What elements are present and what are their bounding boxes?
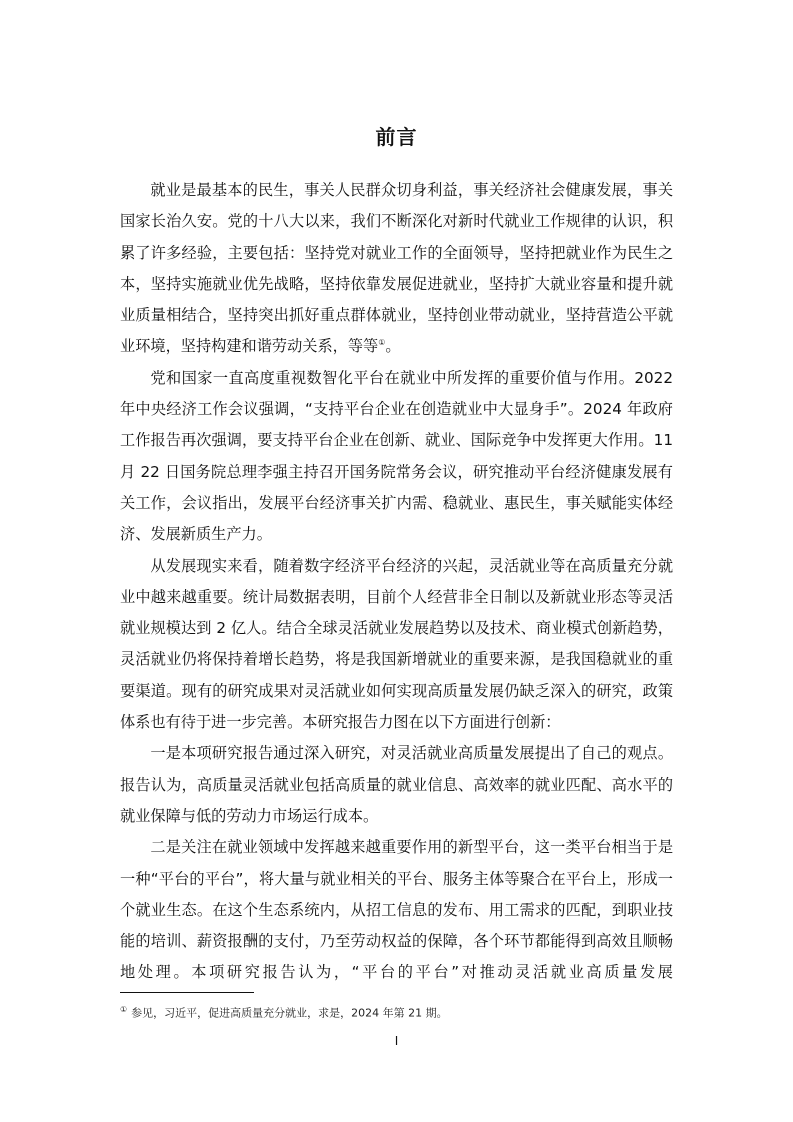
paragraph-tail: 。 (385, 337, 400, 355)
page-title: 前言 (0, 122, 793, 152)
page-number: I (0, 1033, 793, 1049)
paragraph-1: 就业是最基本的民生，事关人民群众切身利益，事关经济社会健康发展，事关国家长治久安… (120, 175, 673, 363)
footnote: ①参见，习近平，促进高质量充分就业，求是，2024 年第 21 期。 (120, 1002, 673, 1022)
paragraph-2: 党和国家一直高度重视数智化平台在就业中所发挥的重要价值与作用。2022年中央经济… (120, 363, 673, 551)
footnote-mark: ① (120, 1005, 127, 1014)
paragraph-3: 从发展现实来看，随着数字经济平台经济的兴起，灵活就业等在高质量充分就业中越来越重… (120, 551, 673, 739)
paragraph-5: 二是关注在就业领域中发挥越来越重要作用的新型平台，这一类平台相当于是一种“平台的… (120, 832, 673, 988)
document-page: 前言 就业是最基本的民生，事关人民群众切身利益，事关经济社会健康发展，事关国家长… (0, 0, 793, 1122)
body-text: 就业是最基本的民生，事关人民群众切身利益，事关经济社会健康发展，事关国家长治久安… (120, 175, 673, 989)
footnote-separator (120, 992, 254, 993)
paragraph-4: 一是本项研究报告通过深入研究，对灵活就业高质量发展提出了自己的观点。报告认为，高… (120, 738, 673, 832)
paragraph-text: 就业是最基本的民生，事关人民群众切身利益，事关经济社会健康发展，事关国家长治久安… (120, 181, 673, 355)
footnote-text: 参见，习近平，促进高质量充分就业，求是，2024 年第 21 期。 (131, 1007, 447, 1020)
